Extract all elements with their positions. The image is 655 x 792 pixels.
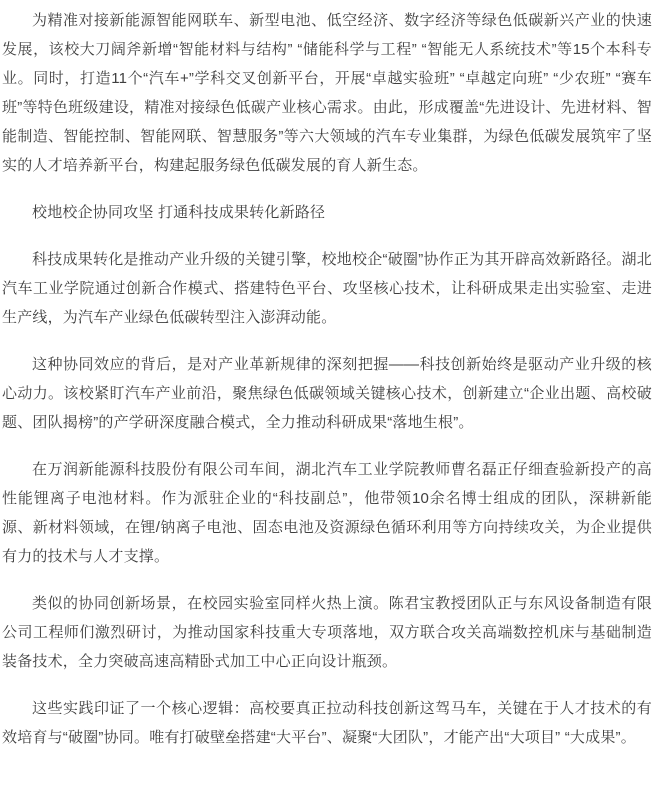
- article-paragraph: 这种协同效应的背后，是对产业革新规律的深刻把握——科技创新始终是驱动产业升级的核…: [2, 350, 652, 437]
- article-paragraph: 这些实践印证了一个核心逻辑：高校要真正拉动科技创新这驾马车，关键在于人才技术的有…: [2, 694, 652, 752]
- section-heading: 校地校企协同攻坚 打通科技成果转化新路径: [2, 198, 652, 227]
- article-paragraph: 科技成果转化是推动产业升级的关键引擎，校地校企“破圈”协作正为其开辟高效新路径。…: [2, 245, 652, 332]
- article-paragraph: 为精准对接新能源智能网联车、新型电池、低空经济、数字经济等绿色低碳新兴产业的快速…: [2, 6, 652, 180]
- article-paragraph: 类似的协同创新场景，在校园实验室同样火热上演。陈君宝教授团队正与东风设备制造有限…: [2, 589, 652, 676]
- article-paragraph: 在万润新能源科技股份有限公司车间，湖北汽车工业学院教师曹名磊正仔细查验新投产的高…: [2, 455, 652, 571]
- article-body: 为精准对接新能源智能网联车、新型电池、低空经济、数字经济等绿色低碳新兴产业的快速…: [0, 0, 655, 752]
